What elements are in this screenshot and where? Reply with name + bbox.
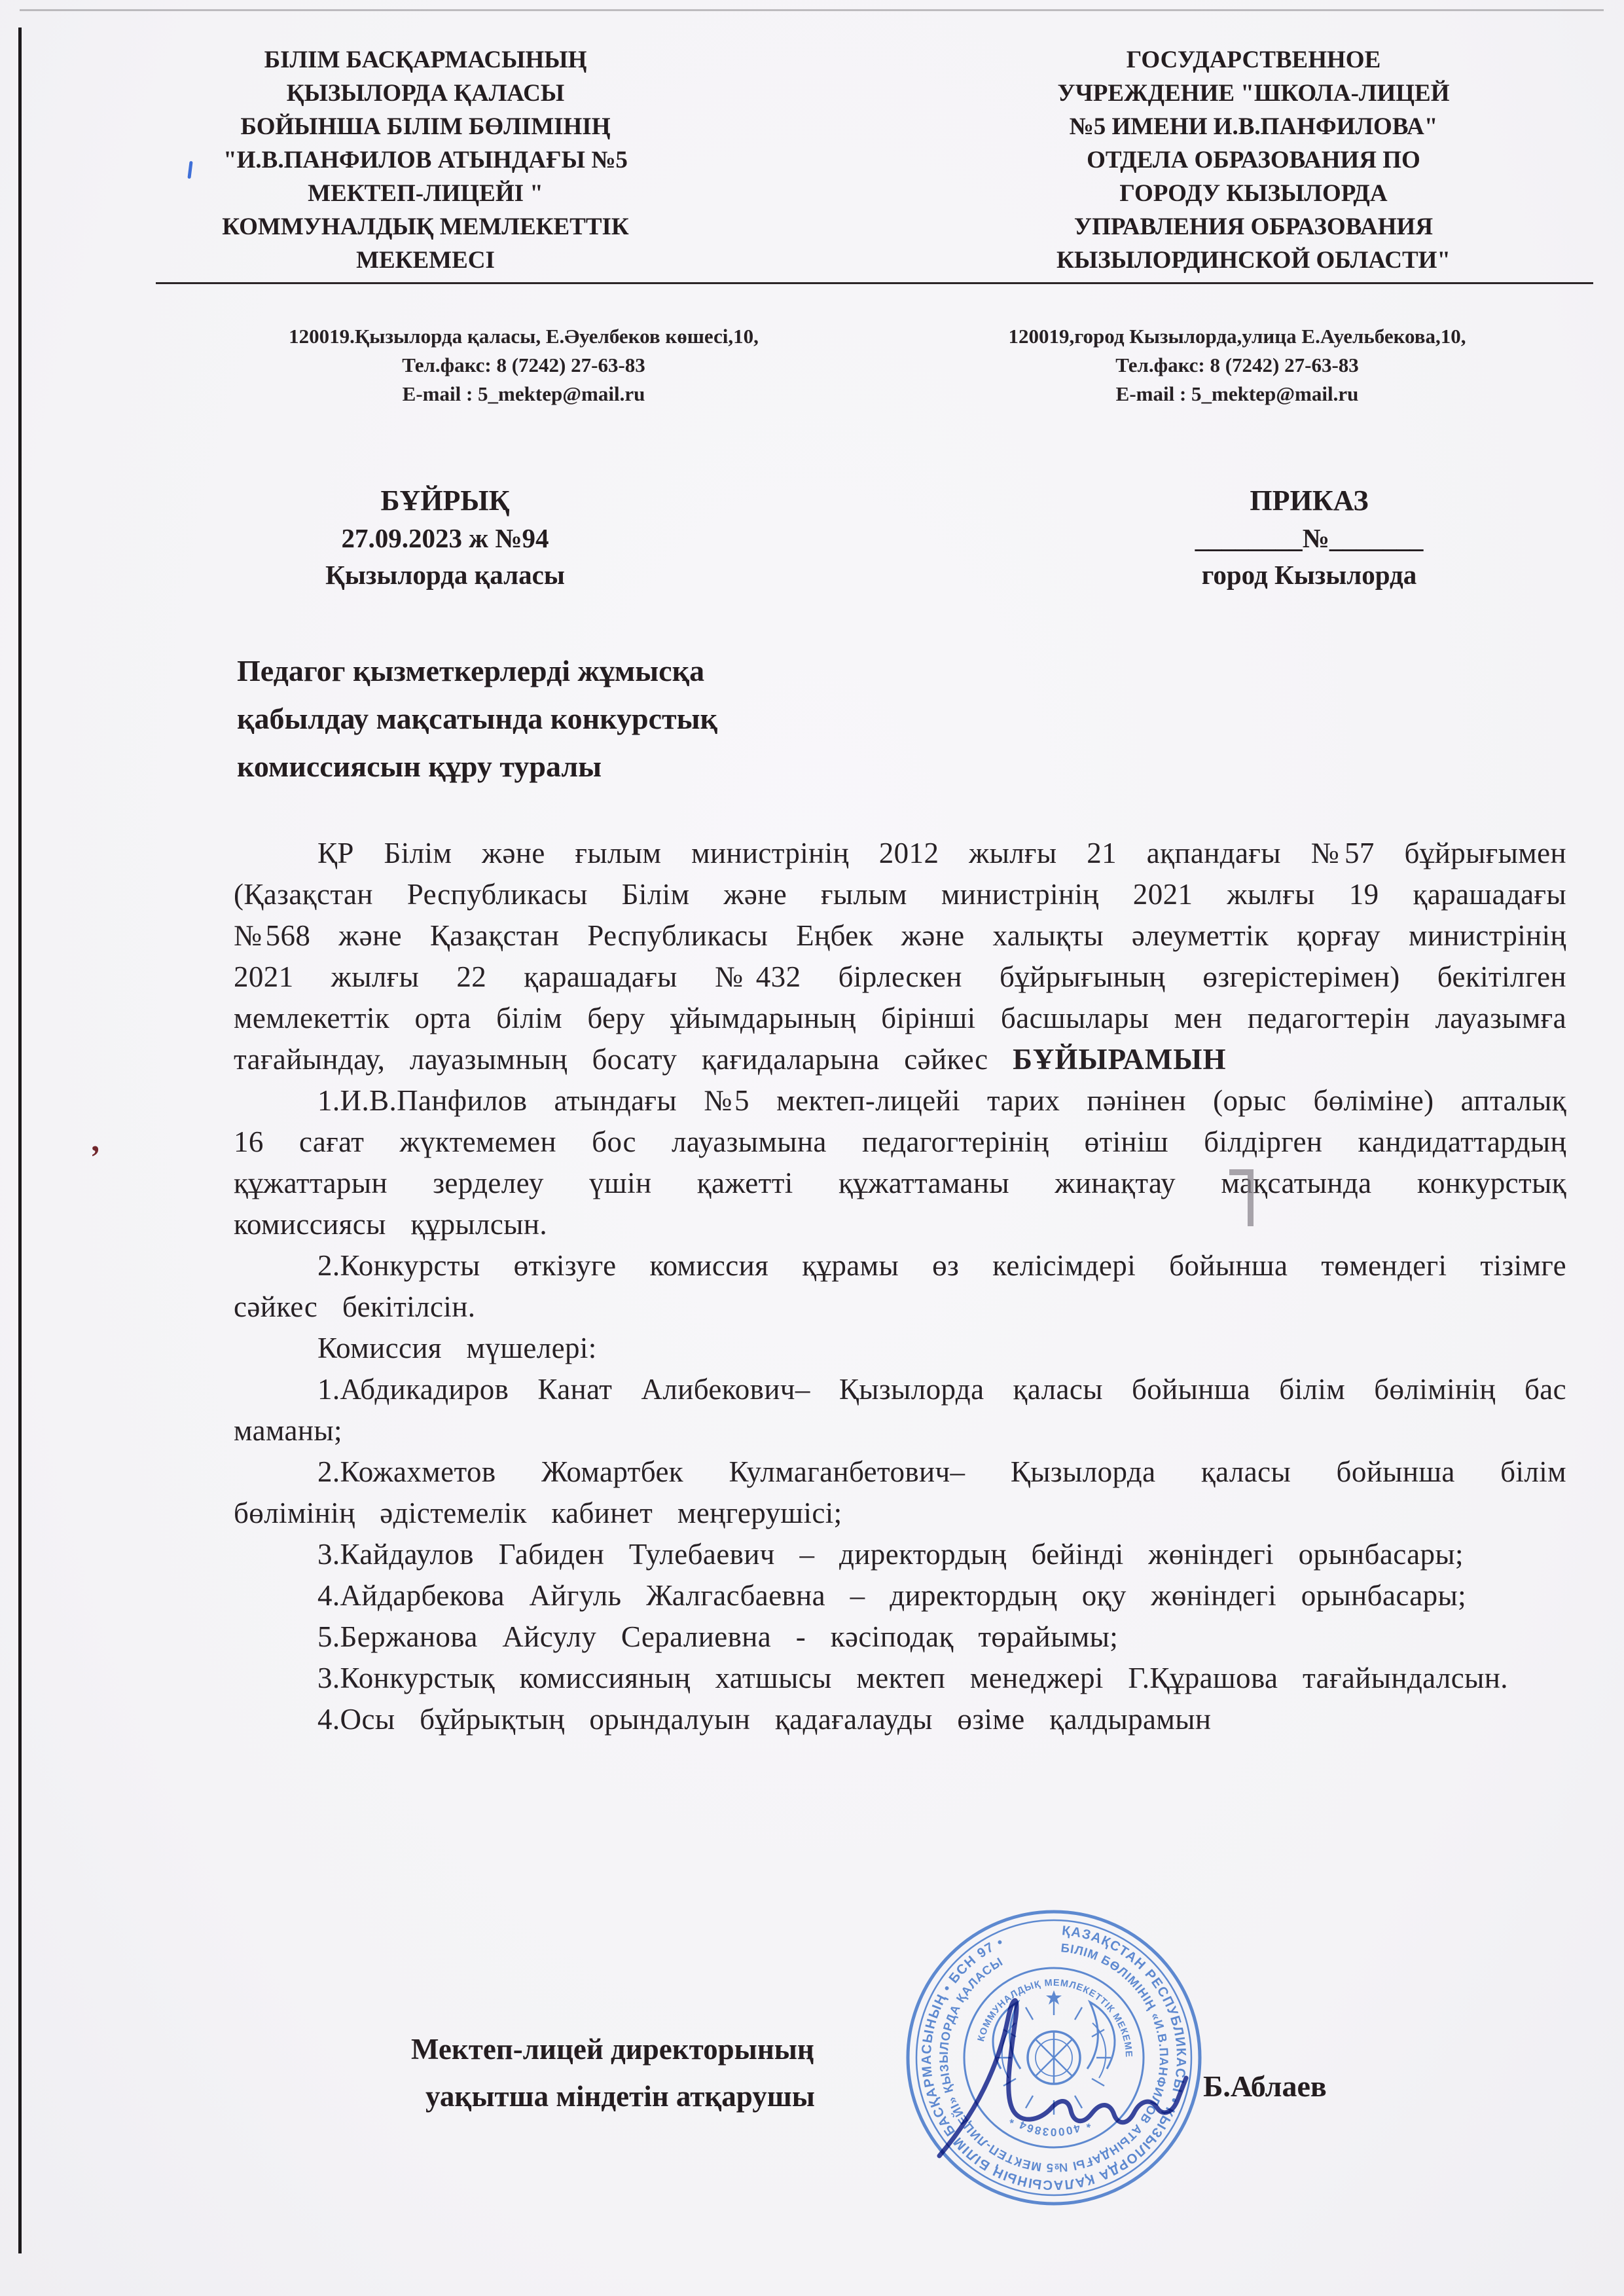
letterhead-russian: ГОСУДАРСТВЕННОЕ УЧРЕЖДЕНИЕ "ШКОЛА-ЛИЦЕЙ … bbox=[916, 43, 1591, 277]
scan-artifact-comma: , bbox=[88, 1121, 100, 1159]
body-paragraph-item2: 2.Конкурсты өткізуге комиссия құрамы өз … bbox=[234, 1245, 1566, 1328]
paragraph-text: 4.Айдарбекова Айгуль Жалгасбаевна – дире… bbox=[317, 1579, 1466, 1612]
body-commission-member-4: 4.Айдарбекова Айгуль Жалгасбаевна – дире… bbox=[234, 1575, 1566, 1616]
address-line: Тел.факс: 8 (7242) 27-63-83 bbox=[196, 351, 851, 380]
letterhead-kazakh-line: БОЙЫНША БІЛІМ БӨЛІМІНІҢ bbox=[92, 110, 759, 143]
letterhead-divider-rule bbox=[156, 282, 1593, 284]
order-heading-russian: ПРИКАЗ ________№_______ город Кызылорда bbox=[1087, 482, 1532, 593]
letterhead-russian-line: ОТДЕЛА ОБРАЗОВАНИЯ ПО bbox=[916, 143, 1591, 177]
letterhead-kazakh: БІЛІМ БАСҚАРМАСЫНЫҢ ҚЫЗЫЛОРДА ҚАЛАСЫ БОЙ… bbox=[92, 43, 759, 277]
body-paragraph-preamble: ҚР Білім және ғылым министрінің 2012 жыл… bbox=[234, 833, 1566, 1080]
scan-artifact-gray-mark bbox=[1229, 1169, 1254, 1226]
order-date-number: 27.09.2023 ж №94 bbox=[223, 520, 668, 556]
address-line: 120019,город Кызылорда,улица Е.Ауельбеко… bbox=[910, 322, 1564, 351]
letterhead-russian-line: КЫЗЫЛОРДИНСКОЙ ОБЛАСТИ" bbox=[916, 244, 1591, 277]
body-commission-label: Комиссия мүшелері: bbox=[234, 1328, 1566, 1369]
letterhead-russian-line: УЧРЕЖДЕНИЕ "ШКОЛА-ЛИЦЕЙ bbox=[916, 77, 1591, 110]
letterhead-kazakh-line: БІЛІМ БАСҚАРМАСЫНЫҢ bbox=[92, 43, 759, 77]
paragraph-text: 2.Конкурсты өткізуге комиссия құрамы өз … bbox=[234, 1249, 1566, 1323]
paragraph-text: 2.Кожахметов Жомартбек Кулмаганбетович– … bbox=[234, 1455, 1566, 1529]
address-block-kazakh: 120019.Қызылорда қаласы, Е.Әуелбеков көш… bbox=[196, 322, 851, 409]
order-title-kazakh: БҰЙРЫҚ bbox=[223, 482, 668, 520]
paragraph-text: Комиссия мүшелері: bbox=[317, 1332, 597, 1364]
paragraph-text: 1.И.В.Панфилов атындағы №5 мектеп-лицейі… bbox=[234, 1084, 1566, 1241]
order-city-kazakh: Қызылорда қаласы bbox=[223, 556, 668, 593]
paragraph-text: 4.Осы бұйрықтың орындалуын қадағалауды ө… bbox=[317, 1703, 1211, 1736]
letterhead-kazakh-line: МЕКЕМЕСІ bbox=[92, 244, 759, 277]
address-line: Тел.факс: 8 (7242) 27-63-83 bbox=[910, 351, 1564, 380]
order-body: ҚР Білім және ғылым министрінің 2012 жыл… bbox=[234, 833, 1566, 1740]
letterhead-russian-line: №5 ИМЕНИ И.В.ПАНФИЛОВА" bbox=[916, 110, 1591, 143]
scan-edge-line-top bbox=[20, 9, 1604, 11]
address-block-russian: 120019,город Кызылорда,улица Е.Ауельбеко… bbox=[910, 322, 1564, 409]
signature-stroke bbox=[939, 2001, 1186, 2156]
order-heading-kazakh: БҰЙРЫҚ 27.09.2023 ж №94 Қызылорда қаласы bbox=[223, 482, 668, 593]
letterhead-kazakh-line: "И.В.ПАНФИЛОВ АТЫНДАҒЫ №5 bbox=[92, 143, 759, 177]
address-line: E-mail : 5_mektep@mail.ru bbox=[196, 380, 851, 409]
letterhead-russian-line: ГОСУДАРСТВЕННОЕ bbox=[916, 43, 1591, 77]
order-title-russian: ПРИКАЗ bbox=[1087, 482, 1532, 520]
order-subject-line: қабылдау мақсатында конкурстық bbox=[237, 695, 1022, 742]
paragraph-text: ҚР Білім және ғылым министрінің 2012 жыл… bbox=[234, 837, 1566, 1076]
address-line: 120019.Қызылорда қаласы, Е.Әуелбеков көш… bbox=[196, 322, 851, 351]
paragraph-text: 3.Конкурстық комиссияның хатшысы мектеп … bbox=[317, 1662, 1508, 1694]
handwritten-signature bbox=[877, 1956, 1218, 2172]
letterhead-kazakh-line: МЕКТЕП-ЛИЦЕЙІ " bbox=[92, 177, 759, 210]
address-line: E-mail : 5_mektep@mail.ru bbox=[910, 380, 1564, 409]
paragraph-text: 1.Абдикадиров Канат Алибекович– Қызылорд… bbox=[234, 1373, 1566, 1447]
body-commission-member-2: 2.Кожахметов Жомартбек Кулмаганбетович– … bbox=[234, 1451, 1566, 1534]
body-paragraph-item1: 1.И.В.Панфилов атындағы №5 мектеп-лицейі… bbox=[234, 1080, 1566, 1245]
body-paragraph-item3: 3.Конкурстық комиссияның хатшысы мектеп … bbox=[234, 1658, 1566, 1699]
scan-edge-line-left bbox=[18, 27, 22, 2253]
body-paragraph-item4: 4.Осы бұйрықтың орындалуын қадағалауды ө… bbox=[234, 1699, 1566, 1740]
paragraph-text: 5.Бержанова Айсулу Сералиевна - кәсіпода… bbox=[317, 1620, 1118, 1653]
body-commission-member-1: 1.Абдикадиров Канат Алибекович– Қызылорд… bbox=[234, 1369, 1566, 1451]
paragraph-bold-word: БҰЙЫРАМЫН bbox=[1013, 1043, 1226, 1076]
body-commission-member-5: 5.Бержанова Айсулу Сералиевна - кәсіпода… bbox=[234, 1616, 1566, 1658]
letterhead-kazakh-line: ҚЫЗЫЛОРДА ҚАЛАСЫ bbox=[92, 77, 759, 110]
letterhead-russian-line: УПРАВЛЕНИЯ ОБРАЗОВАНИЯ bbox=[916, 210, 1591, 244]
letterhead-russian-line: ГОРОДУ КЫЗЫЛОРДА bbox=[916, 177, 1591, 210]
scanned-order-document: БІЛІМ БАСҚАРМАСЫНЫҢ ҚЫЗЫЛОРДА ҚАЛАСЫ БОЙ… bbox=[0, 0, 1624, 2296]
order-city-russian: город Кызылорда bbox=[1087, 556, 1532, 593]
order-subject: Педагог қызметкерлерді жұмысқа қабылдау … bbox=[237, 647, 1022, 790]
body-commission-member-3: 3.Кайдаулов Габиден Тулебаевич – директо… bbox=[234, 1534, 1566, 1575]
order-subject-line: Педагог қызметкерлерді жұмысқа bbox=[237, 647, 1022, 695]
letterhead-kazakh-line: КОММУНАЛДЫҚ МЕМЛЕКЕТТІК bbox=[92, 210, 759, 244]
signatory-name: Б.Аблаев bbox=[1203, 2069, 1327, 2104]
order-number-blank: ________№_______ bbox=[1087, 520, 1532, 556]
paragraph-text: 3.Кайдаулов Габиден Тулебаевич – директо… bbox=[317, 1538, 1464, 1571]
order-subject-line: комиссиясын құру туралы bbox=[237, 742, 1022, 790]
